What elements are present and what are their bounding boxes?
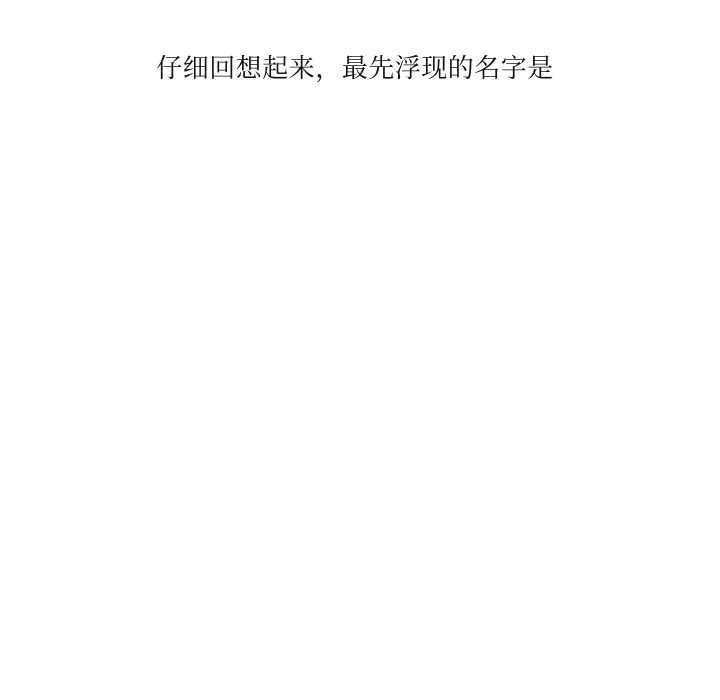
- narration-text: 仔细回想起来，最先浮现的名字是: [0, 53, 710, 84]
- comic-page: 仔细回想起来，最先浮现的名字是: [0, 0, 720, 700]
